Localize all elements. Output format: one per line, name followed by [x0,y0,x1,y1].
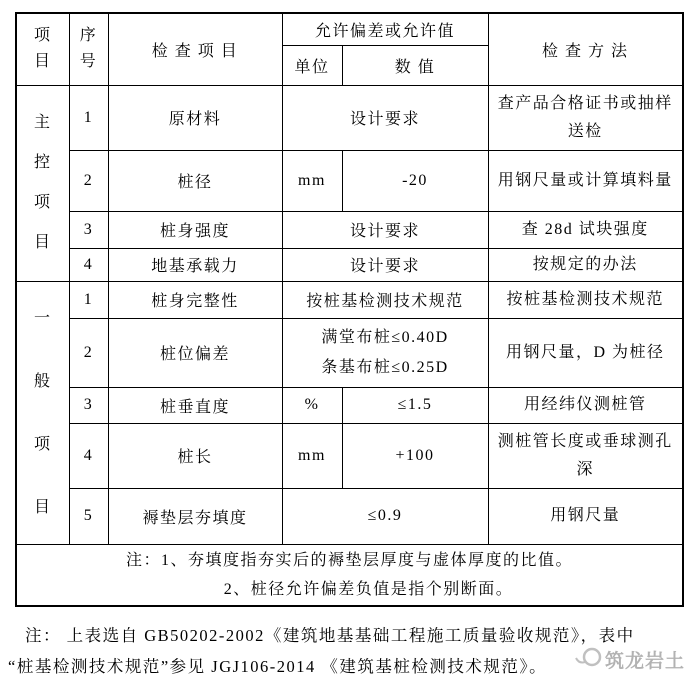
cell-value: +100 [342,423,488,488]
cell-method: 用钢尺量或计算填料量 [488,150,683,211]
cell-method: 用钢尺量，D 为桩径 [488,318,683,387]
inspection-spec-table: 项 目 序 号 检 查 项 目 允许偏差或允许值 检 查 方 法 单位 数 值 … [15,12,684,607]
cell-merged-value: 设计要求 [282,211,488,248]
cell-method: 按桩基检测技术规范 [488,281,683,318]
cell-item: 原材料 [108,85,282,150]
note-line-2: 2、桩径允许偏差负值是指个别断面。 [19,575,680,604]
cell-unit: mm [282,423,342,488]
table-notes: 注：1、夯填度指夯实后的褥垫层厚度与虚体厚度的比值。 2、桩径允许偏差负值是指个… [16,544,683,606]
cell-item: 褥垫层夯填度 [108,488,282,544]
cell-seq: 5 [69,488,108,544]
section-category-general: 一 般 项 目 [16,281,69,544]
cell-seq: 3 [69,211,108,248]
table-row: 一 般 项 目 1 桩身完整性 按桩基检测技术规范 按桩基检测技术规范 [16,281,683,318]
cell-method: 用经纬仪测桩管 [488,387,683,423]
cell-merged-value: ≤0.9 [282,488,488,544]
header-allowable: 允许偏差或允许值 [282,13,488,45]
merged-value-line2: 条基布桩≤0.25D [285,353,486,383]
cell-item: 桩身完整性 [108,281,282,318]
cell-unit: mm [282,150,342,211]
table-row: 2 桩位偏差 满堂布桩≤0.40D 条基布桩≤0.25D 用钢尺量，D 为桩径 [16,318,683,387]
table-row: 4 地基承载力 设计要求 按规定的办法 [16,248,683,281]
watermark-text: 筑龙岩土 [605,646,685,673]
cell-seq: 1 [69,85,108,150]
page: { "table": { "header": { "col_category":… [0,0,692,690]
cell-seq: 4 [69,423,108,488]
cell-value: ≤1.5 [342,387,488,423]
cell-merged-value: 设计要求 [282,85,488,150]
cell-seq: 3 [69,387,108,423]
cell-item: 桩垂直度 [108,387,282,423]
table-row: 2 桩径 mm -20 用钢尺量或计算填料量 [16,150,683,211]
cell-value: -20 [342,150,488,211]
cell-method: 查产品合格证书或抽样送检 [488,85,683,150]
cell-seq: 2 [69,318,108,387]
table-row: 4 桩长 mm +100 测桩管长度或垂球测孔深 [16,423,683,488]
header-category: 项 目 [16,13,69,85]
cell-seq: 1 [69,281,108,318]
cell-merged-value: 满堂布桩≤0.40D 条基布桩≤0.25D [282,318,488,387]
cell-method: 用钢尺量 [488,488,683,544]
header-seq: 序 号 [69,13,108,85]
header-unit: 单位 [282,45,342,85]
note-line-1: 注：1、夯填度指夯实后的褥垫层厚度与虚体厚度的比值。 [19,546,680,575]
cell-unit: % [282,387,342,423]
cell-item: 桩长 [108,423,282,488]
cell-item: 桩位偏差 [108,318,282,387]
header-value: 数 值 [342,45,488,85]
watermark-logo-icon [574,644,604,675]
cell-item: 桩身强度 [108,211,282,248]
table-header-row-1: 项 目 序 号 检 查 项 目 允许偏差或允许值 检 查 方 法 [16,13,683,45]
cell-item: 地基承载力 [108,248,282,281]
cell-seq: 4 [69,248,108,281]
header-method: 检 查 方 法 [488,13,683,85]
cell-merged-value: 按桩基检测技术规范 [282,281,488,318]
watermark: 筑龙岩土 [574,644,685,675]
cell-method: 按规定的办法 [488,248,683,281]
cell-method: 查 28d 试块强度 [488,211,683,248]
table-notes-row: 注：1、夯填度指夯实后的褥垫层厚度与虚体厚度的比值。 2、桩径允许偏差负值是指个… [16,544,683,606]
cell-method: 测桩管长度或垂球测孔深 [488,423,683,488]
table-row: 5 褥垫层夯填度 ≤0.9 用钢尺量 [16,488,683,544]
table-row: 3 桩身强度 设计要求 查 28d 试块强度 [16,211,683,248]
table-row: 3 桩垂直度 % ≤1.5 用经纬仪测桩管 [16,387,683,423]
cell-seq: 2 [69,150,108,211]
section-category-main: 主 控 项 目 [16,85,69,281]
cell-merged-value: 设计要求 [282,248,488,281]
cell-item: 桩径 [108,150,282,211]
merged-value-line1: 满堂布桩≤0.40D [285,323,486,353]
table-row: 主 控 项 目 1 原材料 设计要求 查产品合格证书或抽样送检 [16,85,683,150]
header-item: 检 查 项 目 [108,13,282,85]
